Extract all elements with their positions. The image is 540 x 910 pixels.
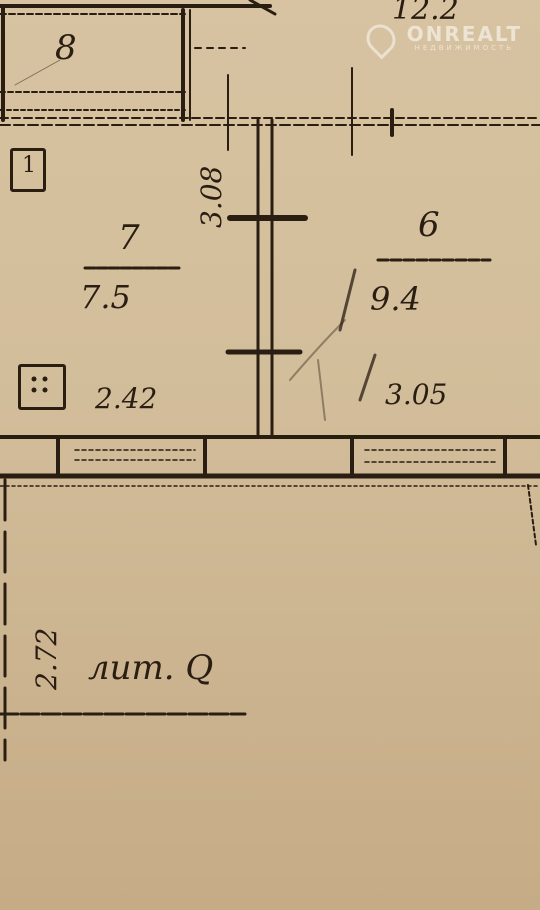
room-6-number: 6: [418, 205, 440, 245]
lower-room-dimension: 2.72: [30, 628, 63, 690]
floor-plan-drawing: [0, 0, 540, 910]
room-7-number: 7: [118, 218, 140, 258]
room-7-area: 7.5: [80, 278, 131, 316]
marker-1-icon: 1: [10, 148, 46, 192]
watermark-subtitle: НЕДВИЖИМОСТЬ: [407, 44, 522, 52]
top-right-area-label: 12.2: [392, 0, 459, 27]
room-6-width: 3.05: [385, 378, 447, 411]
room-6-area: 9.4: [370, 280, 421, 318]
room-7-length: 3.08: [195, 166, 228, 228]
liter-label: лит. Q: [88, 648, 213, 688]
marker-dots-icon: [18, 364, 66, 410]
room-7-width: 2.42: [95, 382, 157, 415]
room-8-number: 8: [55, 28, 77, 68]
